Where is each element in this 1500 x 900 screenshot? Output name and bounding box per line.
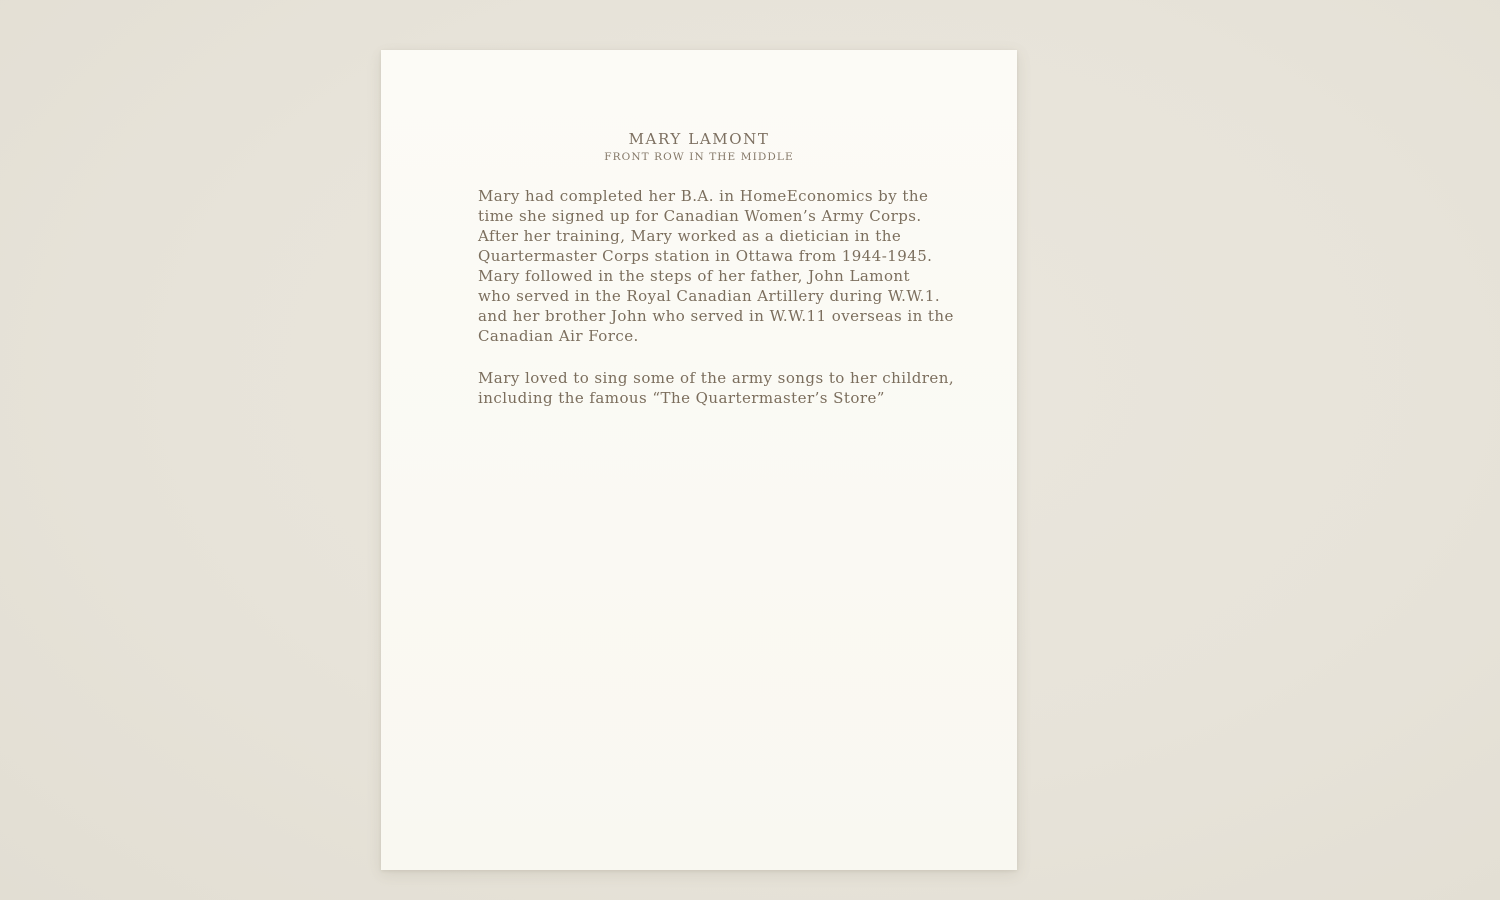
text-line: Mary had completed her B.A. in HomeEcono…	[478, 186, 921, 206]
text-line: Mary followed in the steps of her father…	[478, 266, 921, 286]
text-line: Canadian Air Force.	[478, 326, 921, 346]
text-line: time she signed up for Canadian Women’s …	[478, 206, 921, 226]
document-title: MARY LAMONT	[381, 130, 1017, 148]
text-line: who served in the Royal Canadian Artille…	[478, 286, 921, 306]
text-line: and her brother John who served in W.W.1…	[478, 306, 921, 326]
text-line: Quartermaster Corps station in Ottawa fr…	[478, 246, 921, 266]
text-line: including the famous “The Quartermaster’…	[478, 388, 921, 408]
paragraph-bio: Mary had completed her B.A. in HomeEcono…	[478, 186, 921, 346]
text-line: After her training, Mary worked as a die…	[478, 226, 921, 246]
paragraph-songs: Mary loved to sing some of the army song…	[478, 368, 921, 408]
document-body: Mary had completed her B.A. in HomeEcono…	[381, 186, 1017, 408]
text-line: Mary loved to sing some of the army song…	[478, 368, 921, 388]
document-subtitle: FRONT ROW IN THE MIDDLE	[381, 150, 1017, 164]
document-page: MARY LAMONT FRONT ROW IN THE MIDDLE Mary…	[381, 50, 1017, 870]
photo-background: MARY LAMONT FRONT ROW IN THE MIDDLE Mary…	[0, 0, 1500, 900]
